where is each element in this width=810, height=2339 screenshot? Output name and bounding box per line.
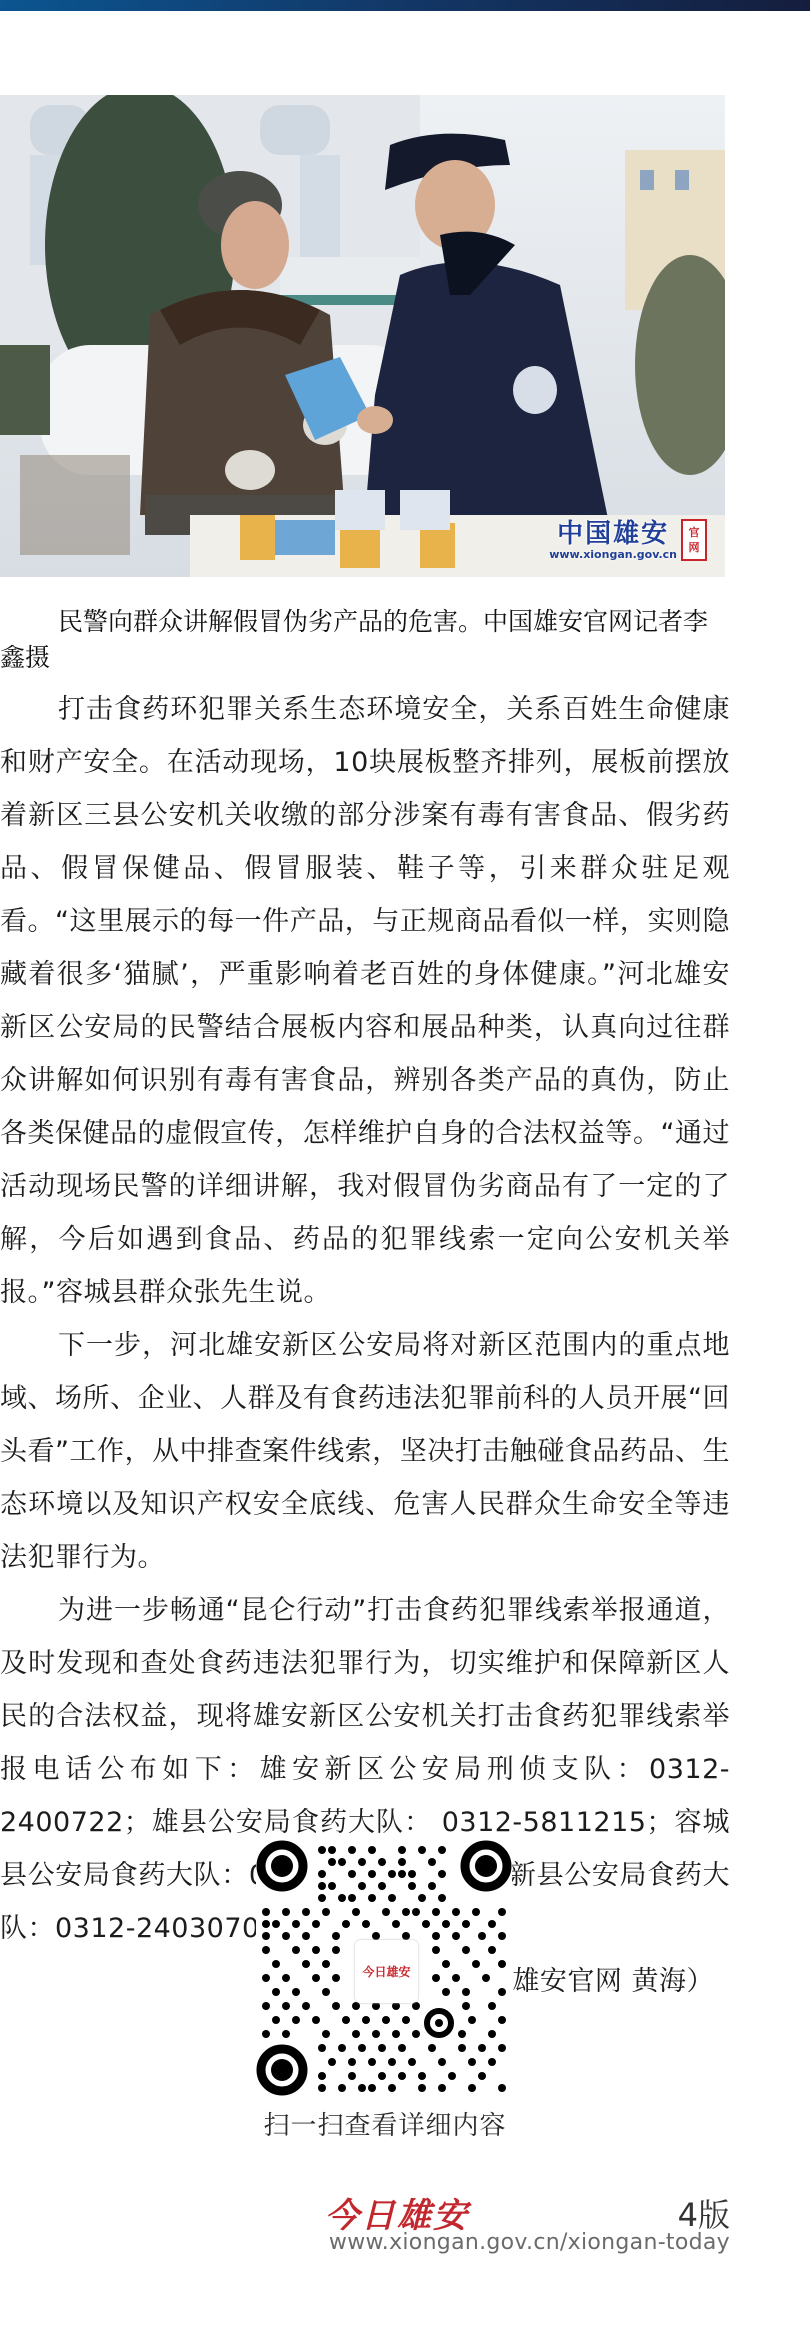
qr-scan-label: 扫一扫查看详细内容 <box>240 2105 530 2142</box>
watermark-url: www.xiongan.gov.cn <box>549 548 677 561</box>
footer-url-link[interactable]: www.xiongan.gov.cn/xiongan-today <box>329 2230 730 2255</box>
news-photo: 中国雄安 www.xiongan.gov.cn 官 网 <box>0 95 725 577</box>
qr-center-logo: 今日雄安 <box>355 1940 418 2003</box>
article-body: 打击食药环犯罪关系生态环境安全，关系百姓生命健康和财产安全。在活动现场，10块展… <box>0 683 730 2008</box>
article-paragraph: 打击食药环犯罪关系生态环境安全，关系百姓生命健康和财产安全。在活动现场，10块展… <box>0 683 730 1319</box>
qr-code[interactable]: 今日雄安 <box>256 1840 512 2096</box>
article-paragraph: 下一步，河北雄安新区公安局将对新区范围内的重点地域、场所、企业、人群及有食药违法… <box>0 1319 730 1584</box>
top-banner-bar <box>0 0 810 11</box>
watermark-seal: 官 网 <box>681 519 707 561</box>
photo-illustration <box>0 95 725 577</box>
photo-watermark: 中国雄安 www.xiongan.gov.cn 官 网 <box>549 519 707 561</box>
watermark-title: 中国雄安 <box>557 520 669 548</box>
photo-caption: 民警向群众讲解假冒伪劣产品的危害。中国雄安官网记者李鑫摄 <box>0 604 725 676</box>
